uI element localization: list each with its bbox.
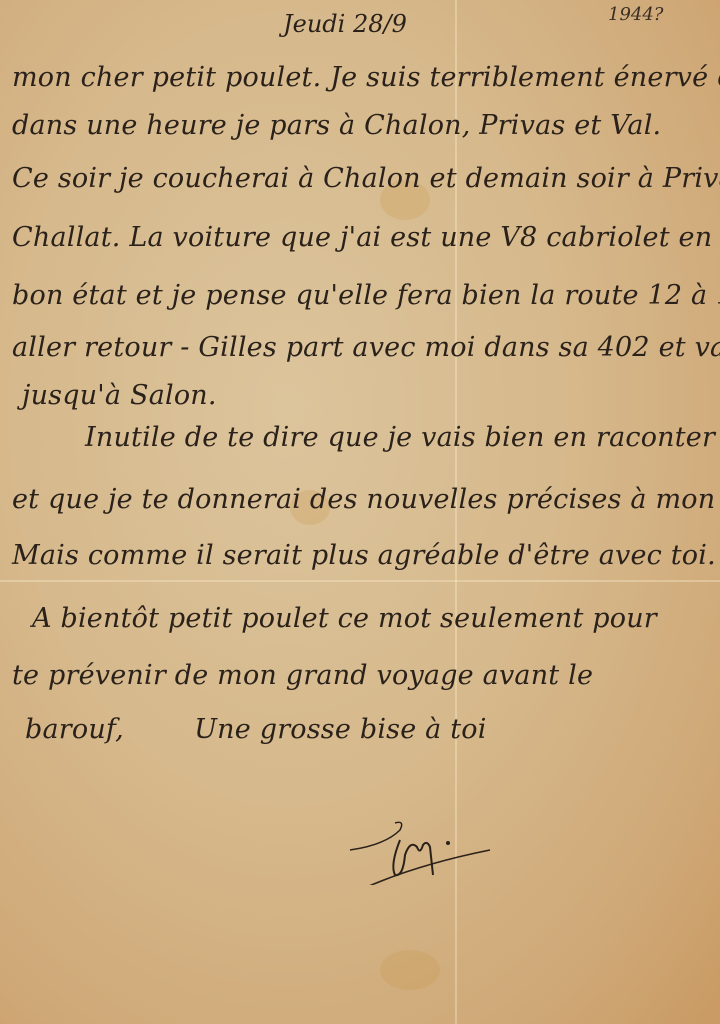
letter-date: Jeudi 28/9 xyxy=(283,10,407,38)
letter-line: te prévenir de mon grand voyage avant le xyxy=(12,660,593,691)
signature xyxy=(345,805,495,885)
paper-stain xyxy=(380,950,440,990)
year-annotation: 1944? xyxy=(608,4,663,25)
letter-line: Challat. La voiture que j'ai est une V8 … xyxy=(12,222,712,253)
letter-line: Inutile de te dire que je vais bien en r… xyxy=(85,422,715,453)
letter-line: A bientôt petit poulet ce mot seulement … xyxy=(32,603,657,634)
letter-line: mon cher petit poulet. Je suis terriblem… xyxy=(12,62,720,93)
letter-line: dans une heure je pars à Chalon, Privas … xyxy=(12,110,661,141)
letter-line: jusqu'à Salon. xyxy=(22,380,217,411)
letter-line: et que je te donnerai des nouvelles préc… xyxy=(12,484,720,515)
letter-line: Mais comme il serait plus agréable d'êtr… xyxy=(12,540,716,571)
paper-fold-horizontal xyxy=(0,580,720,582)
letter-line: barouf, Une grosse bise à toi xyxy=(25,714,487,745)
letter-line: bon état et je pense qu'elle fera bien l… xyxy=(12,280,720,311)
letter-line: aller retour - Gilles part avec moi dans… xyxy=(12,332,720,363)
letter-line: Ce soir je coucherai à Chalon et demain … xyxy=(12,163,720,194)
